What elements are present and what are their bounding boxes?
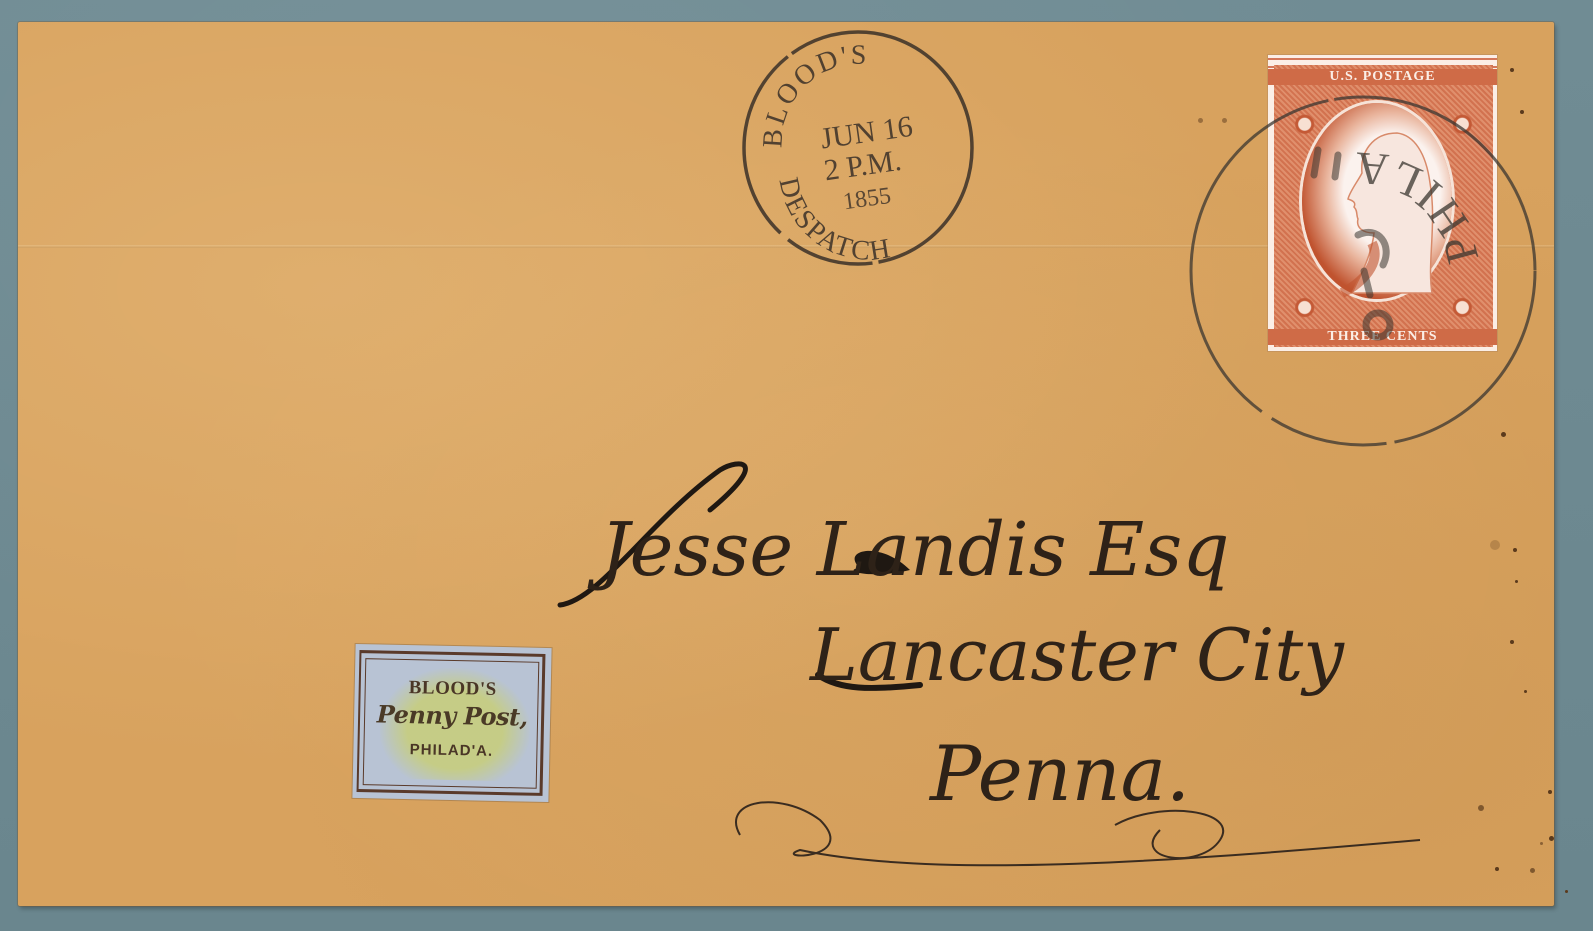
bloods-despatch-postmark: BLOOD'S DESPATCH JUN 16 2 P.M. 1855 bbox=[742, 30, 974, 266]
washington-profile-icon bbox=[1302, 103, 1452, 299]
foxing-spot bbox=[1501, 432, 1506, 437]
foxing-spot bbox=[1478, 805, 1484, 811]
foxing-spot bbox=[1549, 836, 1554, 841]
local-stamp-line-1: BLOOD'S bbox=[355, 676, 551, 702]
foxing-spot bbox=[1198, 118, 1203, 123]
us-three-cent-stamp: U.S. POSTAGE THREE CENTS bbox=[1268, 55, 1497, 351]
address-line-3: Penna. bbox=[928, 729, 1190, 818]
postmark-year: 1855 bbox=[841, 183, 892, 215]
foxing-spot bbox=[1222, 118, 1227, 123]
foxing-spot bbox=[1510, 640, 1514, 644]
foxing-spot bbox=[1495, 867, 1499, 871]
address-line-1: Jesse Landis Esq bbox=[587, 507, 1230, 593]
foxing-spot bbox=[1513, 548, 1517, 552]
bloods-penny-post-stamp: BLOOD'S Penny Post, PHILAD'A. bbox=[352, 644, 551, 802]
foxing-spot bbox=[1540, 842, 1543, 845]
foxing-spot bbox=[1490, 540, 1500, 550]
foxing-spot bbox=[1524, 690, 1527, 693]
local-stamp-line-2: Penny Post, bbox=[354, 699, 551, 732]
foxing-spot bbox=[1530, 868, 1535, 873]
foxing-spot bbox=[1565, 890, 1568, 893]
foxing-spot bbox=[1520, 110, 1524, 114]
stamp-portrait-oval bbox=[1302, 103, 1452, 299]
handwritten-address: Jesse Landis Esq Lancaster City Penna. bbox=[540, 440, 1440, 900]
stamp-bottom-label: THREE CENTS bbox=[1268, 329, 1497, 345]
address-line-2: Lancaster City bbox=[808, 613, 1345, 697]
stamp-top-label: U.S. POSTAGE bbox=[1268, 69, 1497, 85]
foxing-spot bbox=[1548, 790, 1552, 794]
foxing-spot bbox=[1515, 580, 1518, 583]
foxing-spot bbox=[1510, 68, 1514, 72]
